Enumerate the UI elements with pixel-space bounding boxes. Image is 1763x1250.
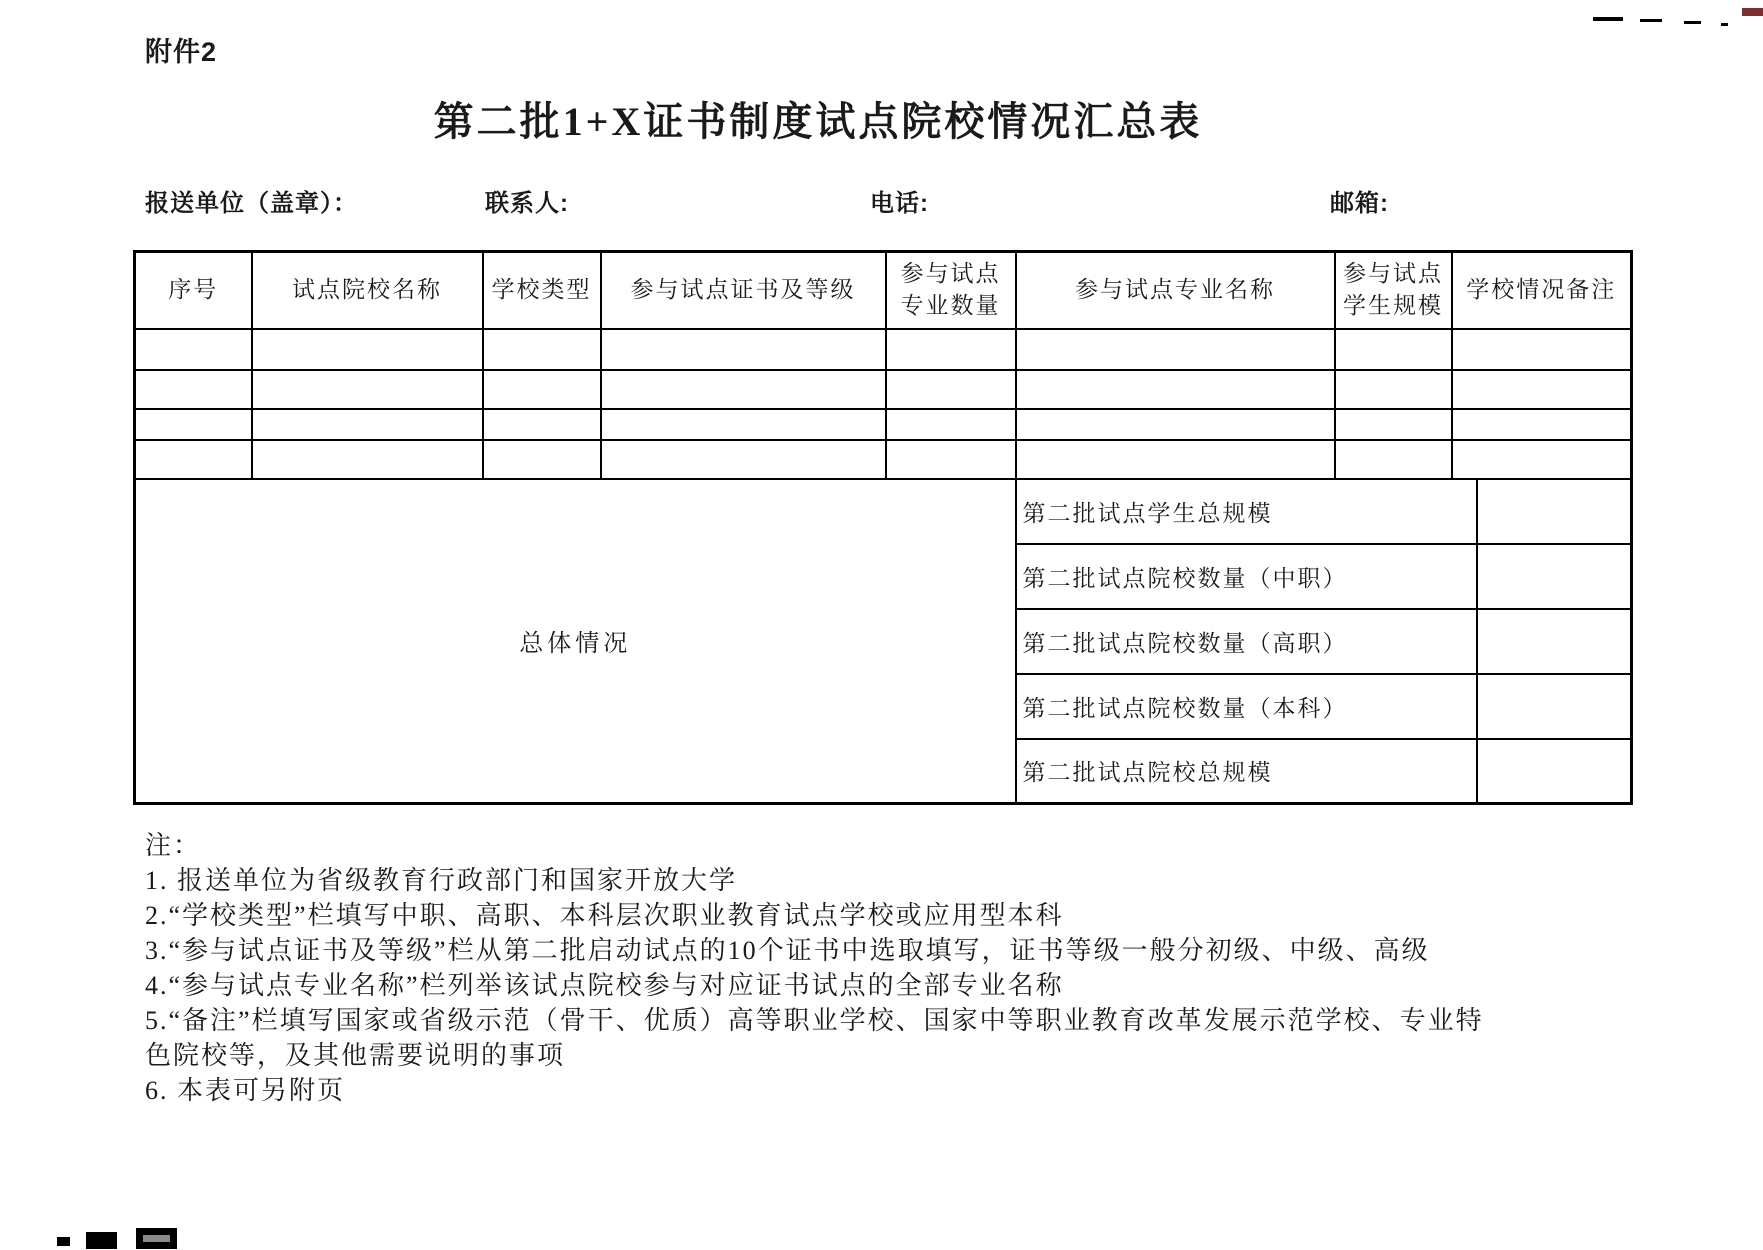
scan-artifact-blob-3 xyxy=(136,1228,177,1249)
pilot-schools-summary-table: 序号 试点院校名称 学校类型 参与试点证书及等级 参与试点 专业数量 参与试点专… xyxy=(133,250,1633,805)
attachment-label: 附件2 xyxy=(145,30,217,69)
table-header-row: 序号 试点院校名称 学校类型 参与试点证书及等级 参与试点 专业数量 参与试点专… xyxy=(135,252,1632,329)
col-header-serial-number: 序号 xyxy=(135,252,252,329)
empty-data-row xyxy=(135,409,1632,440)
overall-situation-cell: 总体情况 xyxy=(135,479,1016,804)
empty-cell xyxy=(1016,409,1335,440)
col-header-major-names: 参与试点专业名称 xyxy=(1016,252,1335,329)
phone-label: 电话: xyxy=(870,183,929,218)
report-info-line: 报送单位（盖章）： 联系人: 电话: 邮箱: xyxy=(0,183,1763,215)
reporting-unit-label: 报送单位（盖章）： xyxy=(145,183,358,218)
scan-artifact-red-mark xyxy=(1742,8,1763,16)
empty-cell xyxy=(252,370,483,409)
empty-cell xyxy=(1016,440,1335,479)
scan-artifact-dash-1 xyxy=(1593,17,1623,21)
summary-label-total-students: 第二批试点学生总规模 xyxy=(1016,479,1477,544)
summary-label-count-higher: 第二批试点院校数量（高职） xyxy=(1016,609,1477,674)
scanned-document-page: 附件2 第二批1+X证书制度试点院校情况汇总表 报送单位（盖章）： 联系人: 电… xyxy=(0,0,1763,1250)
empty-cell xyxy=(135,440,252,479)
empty-cell xyxy=(1016,329,1335,370)
note-item-6: 6. 本表可另附页 xyxy=(145,1073,1565,1108)
document-title: 第二批1+X证书制度试点院校情况汇总表 xyxy=(133,90,1503,147)
empty-cell xyxy=(601,440,886,479)
email-label: 邮箱: xyxy=(1330,183,1389,218)
empty-cell xyxy=(886,409,1016,440)
summary-label-total-schools: 第二批试点院校总规模 xyxy=(1016,739,1477,804)
col-header-remarks: 学校情况备注 xyxy=(1452,252,1632,329)
empty-cell xyxy=(886,370,1016,409)
notes-section: 注： 1. 报送单位为省级教育行政部门和国家开放大学 2.“学校类型”栏填写中职… xyxy=(145,828,1565,1108)
col-header-student-scale: 参与试点 学生规模 xyxy=(1335,252,1452,329)
note-item-1: 1. 报送单位为省级教育行政部门和国家开放大学 xyxy=(145,863,1565,898)
empty-cell xyxy=(1016,370,1335,409)
empty-cell xyxy=(601,409,886,440)
empty-cell xyxy=(483,370,601,409)
notes-heading: 注： xyxy=(145,828,1565,863)
summary-value-cell xyxy=(1477,544,1632,609)
empty-cell xyxy=(1452,409,1632,440)
empty-cell xyxy=(483,440,601,479)
empty-cell xyxy=(1335,409,1452,440)
empty-cell xyxy=(886,440,1016,479)
summary-label-count-undergraduate: 第二批试点院校数量（本科） xyxy=(1016,674,1477,739)
empty-cell xyxy=(483,409,601,440)
empty-cell xyxy=(1335,370,1452,409)
empty-cell xyxy=(135,329,252,370)
empty-cell xyxy=(1335,440,1452,479)
note-item-2: 2.“学校类型”栏填写中职、高职、本科层次职业教育试点学校或应用型本科 xyxy=(145,898,1565,933)
empty-cell xyxy=(1452,440,1632,479)
col-header-school-name: 试点院校名称 xyxy=(252,252,483,329)
empty-data-row xyxy=(135,440,1632,479)
scan-artifact-dash-4 xyxy=(1721,23,1728,26)
empty-cell xyxy=(601,329,886,370)
summary-value-cell xyxy=(1477,479,1632,544)
note-item-3: 3.“参与试点证书及等级”栏从第二批启动试点的10个证书中选取填写，证书等级一般… xyxy=(145,933,1565,968)
scan-artifact-blob-1 xyxy=(57,1237,70,1246)
note-item-5: 5.“备注”栏填写国家或省级示范（骨干、优质）高等职业学校、国家中等职业教育改革… xyxy=(145,1003,1565,1073)
scan-artifact-dash-3 xyxy=(1684,21,1701,24)
col-header-certificates: 参与试点证书及等级 xyxy=(601,252,886,329)
empty-cell xyxy=(135,370,252,409)
empty-cell xyxy=(252,440,483,479)
col-header-school-type: 学校类型 xyxy=(483,252,601,329)
scan-artifact-blob-2 xyxy=(86,1232,117,1249)
summary-value-cell xyxy=(1477,609,1632,674)
empty-cell xyxy=(252,409,483,440)
empty-cell xyxy=(252,329,483,370)
scan-artifact-dash-2 xyxy=(1640,19,1662,22)
summary-row: 总体情况 第二批试点学生总规模 xyxy=(135,479,1632,544)
note-item-4: 4.“参与试点专业名称”栏列举该试点院校参与对应证书试点的全部专业名称 xyxy=(145,968,1565,1003)
empty-cell xyxy=(483,329,601,370)
summary-value-cell xyxy=(1477,739,1632,804)
summary-value-cell xyxy=(1477,674,1632,739)
empty-data-row xyxy=(135,329,1632,370)
empty-cell xyxy=(1452,370,1632,409)
empty-cell xyxy=(1335,329,1452,370)
empty-cell xyxy=(601,370,886,409)
contact-person-label: 联系人: xyxy=(485,183,569,218)
empty-cell xyxy=(1452,329,1632,370)
empty-cell xyxy=(135,409,252,440)
empty-cell xyxy=(886,329,1016,370)
summary-label-count-secondary: 第二批试点院校数量（中职） xyxy=(1016,544,1477,609)
empty-data-row xyxy=(135,370,1632,409)
col-header-major-count: 参与试点 专业数量 xyxy=(886,252,1016,329)
